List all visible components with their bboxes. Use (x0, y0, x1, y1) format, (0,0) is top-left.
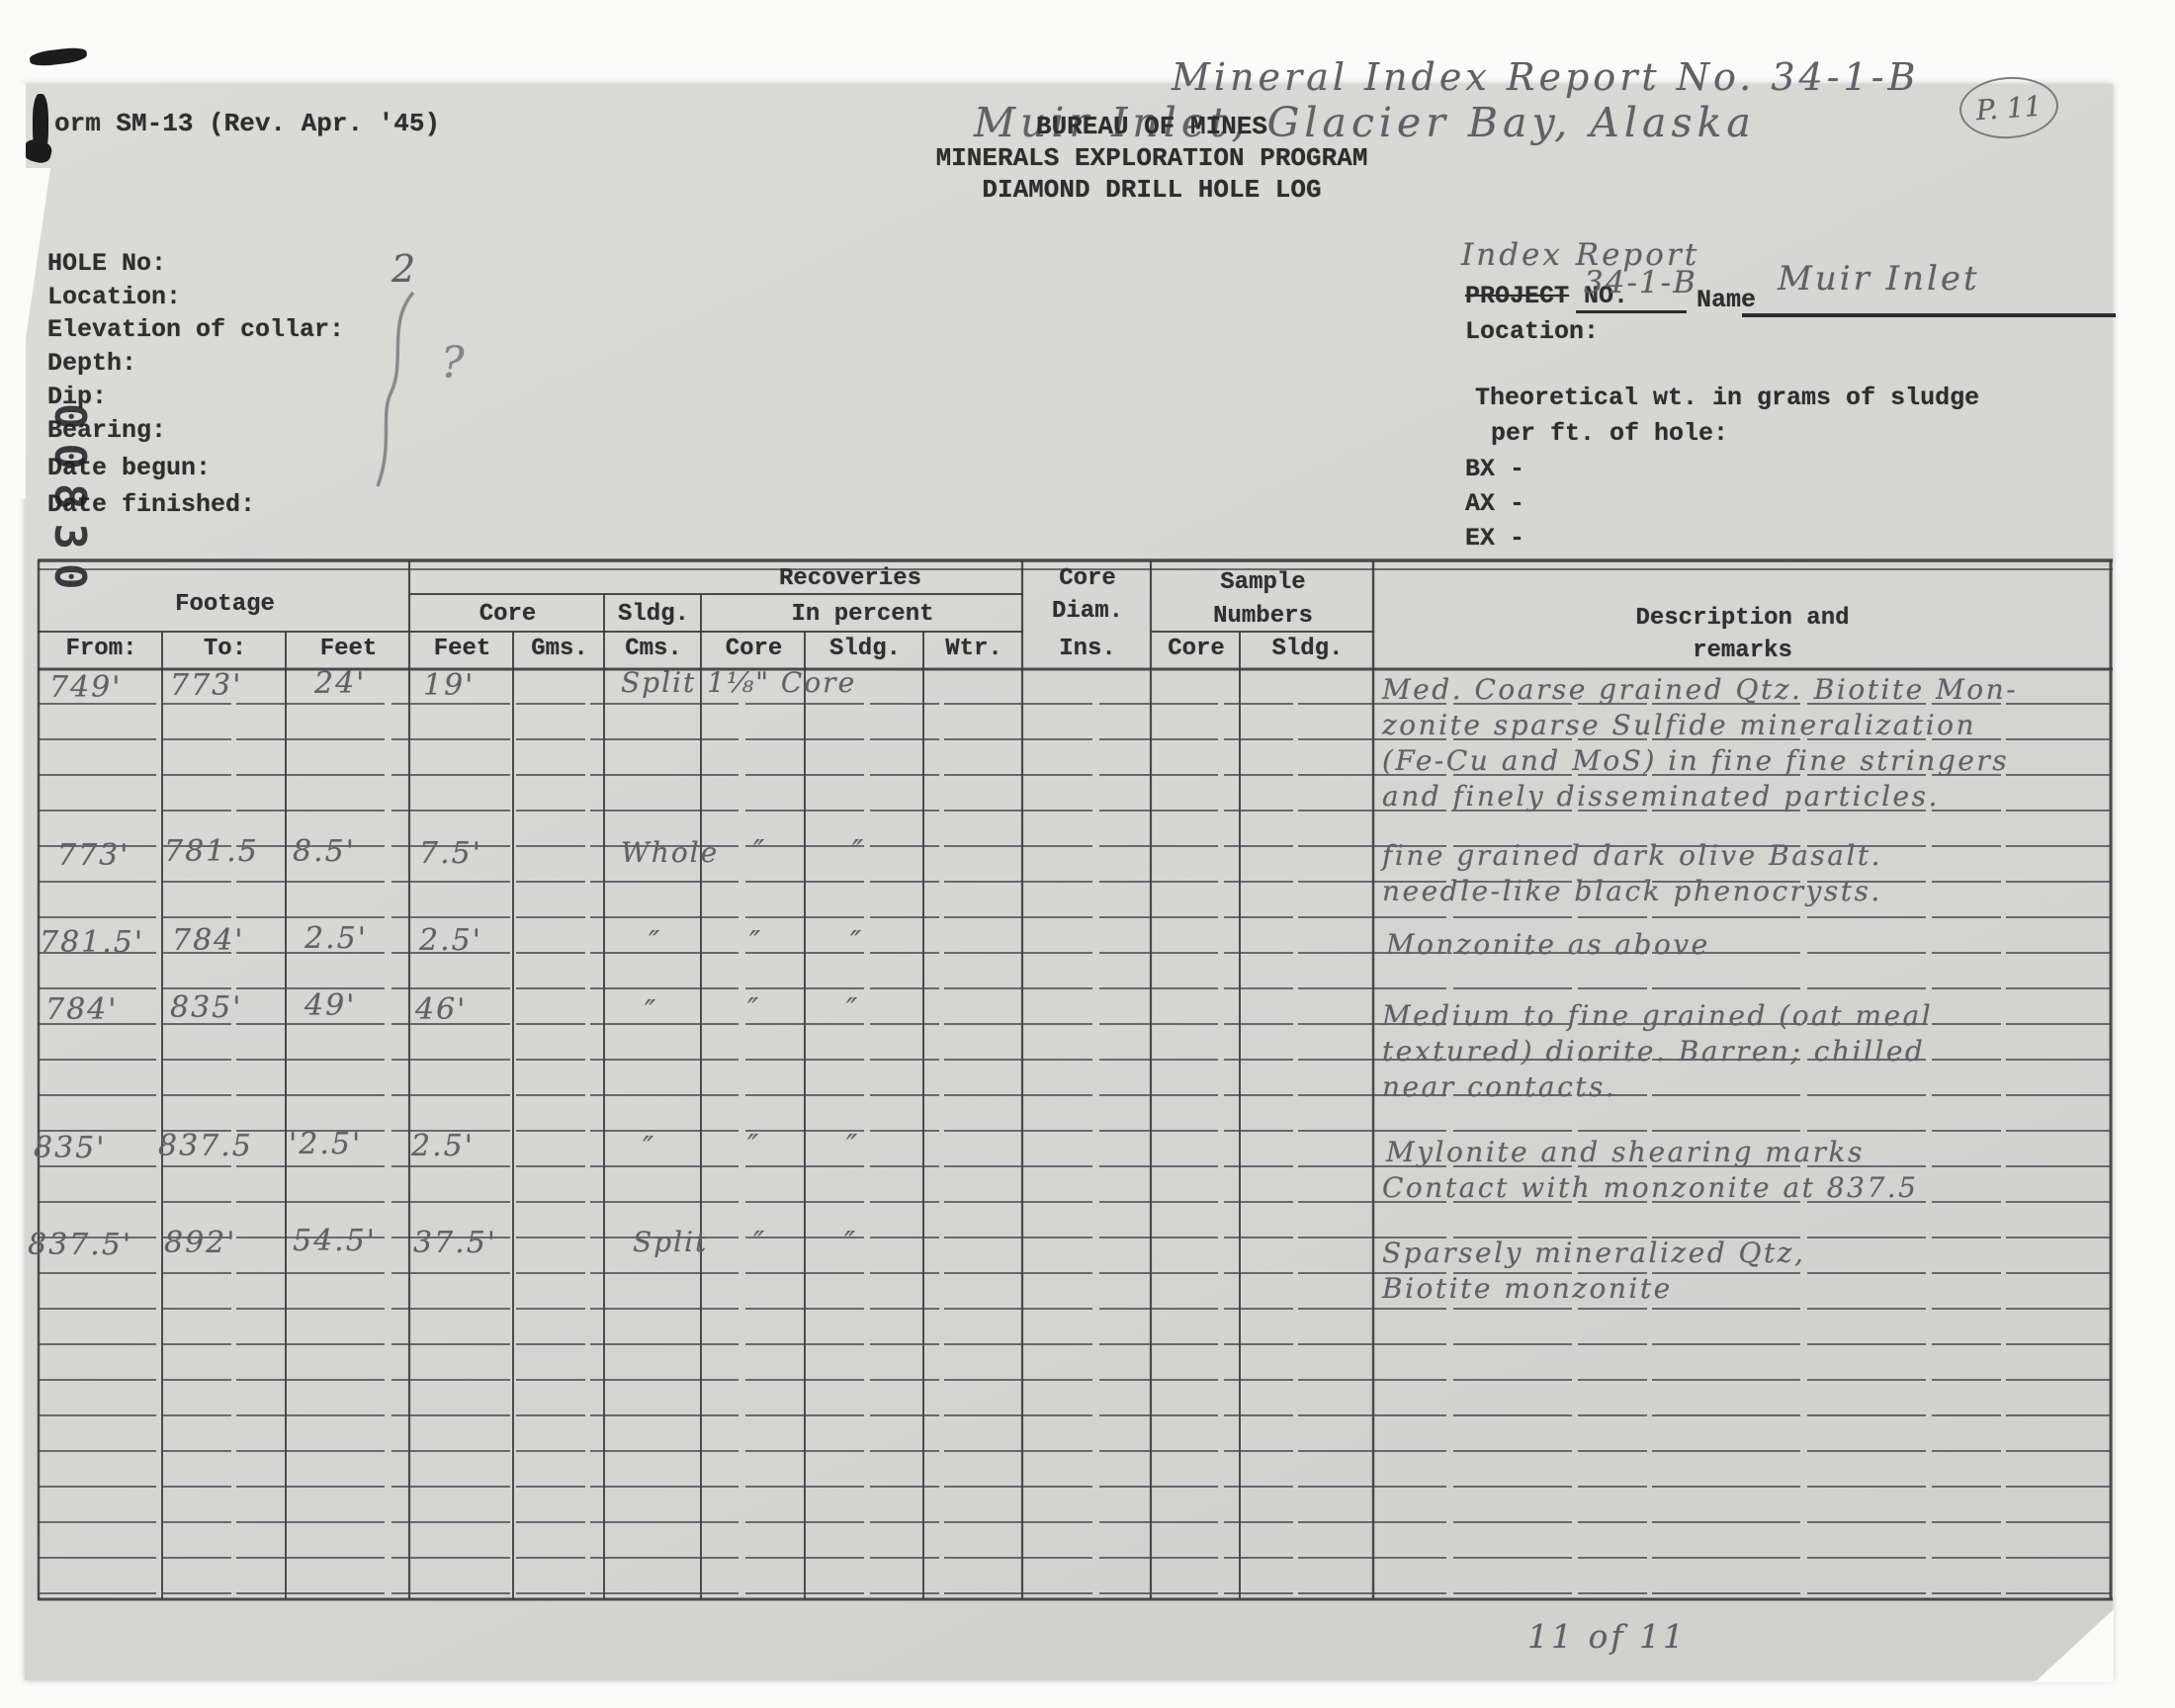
description-line: textured) diorite. Barren; chilled (1382, 1035, 1925, 1067)
cell-from: 749' (49, 670, 123, 705)
description-line: fine grained dark olive Basalt. (1382, 839, 1882, 872)
cell-core-feet: 7.5' (419, 836, 482, 871)
scanned-page: { "page": { "page_note": "P. 11", "foote… (0, 0, 2175, 1708)
col-header-to: To: (163, 636, 287, 662)
torn-edge-mark (29, 46, 87, 68)
cell-from: 781.5' (40, 925, 144, 960)
cell-core-feet: 2.5' (419, 923, 482, 958)
cell-recovery-note: Split (633, 1226, 708, 1258)
description-line: and finely disseminated particles. (1382, 780, 1940, 812)
sludge-weight-line1: Theoretical wt. in grams of sludge (1475, 384, 1979, 412)
core-size-ex: EX - (1465, 524, 1524, 553)
cell-ditto-core: ″ (753, 1226, 766, 1260)
org-heading: BUREAU OF MINES MINERALS EXPLORATION PRO… (934, 111, 1369, 206)
name-underline (1742, 313, 2116, 317)
cell-to: 773' (170, 668, 243, 703)
org-line-log: DIAMOND DRILL HOLE LOG (934, 174, 1369, 206)
col-header-core-diam-1: Core (1023, 565, 1152, 592)
cell-feet: 2.5' (304, 921, 368, 956)
cell-feet: 8.5' (293, 834, 356, 869)
col-header-pct-sldg: Sldg. (806, 636, 924, 662)
footer-page-count: 11 of 11 (1527, 1617, 1687, 1656)
org-line-program: MINERALS EXPLORATION PROGRAM (934, 142, 1369, 174)
col-header-from: From: (40, 636, 163, 662)
description-line: Sparsely mineralized Qtz, (1382, 1237, 1805, 1269)
sludge-weight-line2: per ft. of hole: (1491, 419, 1728, 448)
description-line: Monzonite as above (1386, 928, 1710, 961)
col-header-feet: Feet (287, 636, 410, 662)
col-header-core-gms: Gms. (514, 636, 605, 662)
project-no-underline (1576, 310, 1687, 313)
description-line: Mylonite and shearing marks (1386, 1136, 1865, 1168)
cell-to: 837.5 (158, 1129, 253, 1163)
col-header-in-percent: In percent (702, 601, 1023, 628)
cell-ditto-sldg: ″ (846, 992, 859, 1027)
col-header-footage: Footage (40, 591, 410, 618)
cell-ditto-core: ″ (747, 1129, 760, 1163)
col-header-sldg-group: Sldg. (605, 601, 702, 628)
handwritten-question-mark: ? (441, 338, 465, 388)
col-header-core-diam-3: Ins. (1023, 636, 1152, 662)
cell-ditto-sldg: ″ (850, 925, 863, 960)
col-header-sample-2: Numbers (1152, 603, 1374, 630)
cell-ditto-sldg: ″ (844, 1226, 857, 1260)
cell-feet: 49' (304, 988, 356, 1023)
cell-feet: 24' (314, 666, 366, 701)
field-label-location: Location: (47, 283, 181, 311)
cell-recovery-note: Whole (621, 836, 719, 869)
col-header-sample-core: Core (1152, 636, 1241, 662)
col-header-core-diam-2: Diam. (1023, 598, 1152, 625)
cell-core-feet: 46' (415, 992, 467, 1027)
cell-recovery-note: ″ (643, 1131, 655, 1165)
col-header-sample-1: Sample (1152, 569, 1374, 596)
stamp-number: 00830 (44, 403, 95, 603)
cell-to: 781.5 (164, 834, 259, 869)
cell-core-feet: 2.5' (411, 1129, 475, 1163)
form-number: orm SM-13 (Rev. Apr. '45) (54, 109, 440, 138)
col-header-recoveries: Recoveries (652, 565, 1048, 592)
field-label-depth: Depth: (47, 349, 136, 378)
field-label-elevation: Elevation of collar: (47, 315, 344, 344)
torn-edge-white (0, 84, 26, 499)
description-line: (Fe-Cu and MoS) in fine fine stringers (1382, 744, 2009, 777)
page-number: P. 11 (1975, 89, 2044, 127)
col-header-pct-core: Core (702, 636, 806, 662)
description-line: near contacts. (1382, 1070, 1616, 1103)
right-location-label: Location: (1465, 317, 1599, 346)
core-size-ax: AX - (1465, 489, 1524, 518)
org-line-bureau: BUREAU OF MINES (934, 111, 1369, 142)
handwritten-hole-no: 2 (391, 247, 415, 291)
cell-to: 784' (172, 923, 245, 958)
description-line: Biotite monzonite (1382, 1272, 1673, 1305)
cell-from: 835' (34, 1131, 107, 1165)
handwritten-name: Muir Inlet (1778, 259, 1980, 299)
cell-ditto-core: ″ (749, 925, 762, 960)
col-header-core-group: Core (410, 601, 605, 628)
cell-recovery-note: Split 1⅛" Core (621, 666, 856, 699)
project-word-struck: PROJECT (1465, 282, 1569, 310)
col-header-sample-sldg: Sldg. (1241, 636, 1374, 662)
paper-corner-cut (2035, 1609, 2114, 1682)
field-label-hole-no: HOLE No: (47, 249, 166, 278)
description-line: zonite sparse Sulfide mineralization (1382, 709, 1976, 741)
cell-recovery-note: ″ (649, 925, 661, 960)
cell-ditto-core: ″ (747, 992, 760, 1027)
cell-from: 784' (45, 992, 119, 1027)
handwritten-project-no: 34-1-B (1584, 265, 1697, 300)
cell-recovery-note: ″ (645, 994, 657, 1029)
col-header-description-1: Description and (1374, 605, 2111, 632)
cell-to: 892' (164, 1226, 237, 1260)
cell-ditto-sldg: ″ (852, 834, 865, 869)
description-line: Med. Coarse grained Qtz. Biotite Mon- (1382, 673, 2018, 706)
description-line: Contact with monzonite at 837.5 (1382, 1171, 1918, 1204)
handwritten-report-title-line1: Mineral Index Report No. 34-1-B (1172, 55, 1919, 99)
description-line: Medium to fine grained (oat meal (1382, 999, 1933, 1032)
cell-from: 773' (57, 838, 130, 873)
col-header-core-feet: Feet (410, 636, 514, 662)
cell-core-feet: 19' (423, 668, 475, 703)
cell-ditto-core: ″ (753, 834, 766, 869)
description-line: needle-like black phenocrysts. (1382, 875, 1882, 907)
cell-core-feet: 37.5' (413, 1226, 497, 1260)
col-header-sldg-cms: Cms. (605, 636, 702, 662)
col-header-pct-wtr: Wtr. (924, 636, 1023, 662)
name-label: Name (1696, 286, 1756, 314)
cell-from: 837.5' (28, 1228, 132, 1262)
cell-feet: 54.5' (293, 1224, 377, 1258)
cell-feet: '2.5' (289, 1127, 362, 1161)
core-size-bx: BX - (1465, 455, 1524, 483)
cell-ditto-sldg: ″ (846, 1129, 859, 1163)
col-header-description-2: remarks (1374, 638, 2111, 664)
cell-to: 835' (170, 990, 243, 1025)
